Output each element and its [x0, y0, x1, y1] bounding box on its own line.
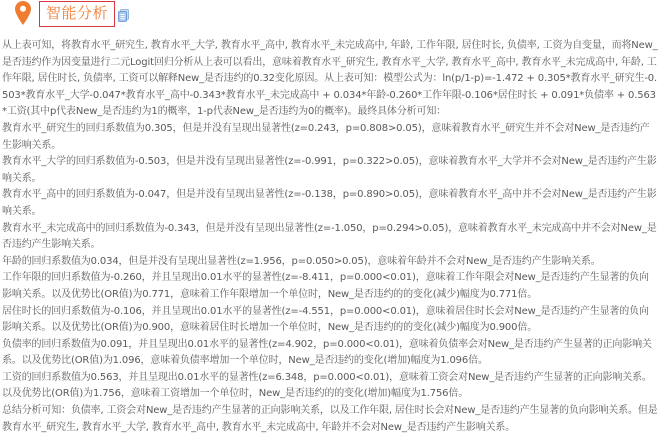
coefficient-paragraph-work-years: 工作年限的回归系数值为-0.260，并且呈现出0.01水平的显著性(z=-8.4…	[2, 270, 658, 303]
model-summary-paragraph: 从上表可知，将教育水平_研究生, 教育水平_大学, 教育水平_高中, 教育水平_…	[2, 38, 658, 121]
conclusion-paragraph: 总结分析可知：负债率, 工资会对New_是否违约产生显著的正向影响关系，以及工作…	[2, 403, 658, 417]
coefficient-paragraph-residence-duration: 居住时长的回归系数值为-0.106，并且呈现出0.01水平的显著性(z=-4.5…	[2, 304, 658, 337]
coefficient-paragraph-university: 教育水平_大学的回归系数值为-0.503，但是并没有呈现出显著性(z=-0.99…	[2, 154, 658, 187]
document-icon[interactable]	[118, 9, 129, 22]
coefficient-paragraph-age: 年龄的回归系数值为0.034，但是并没有呈现出显著性(z=1.956，p=0.0…	[2, 254, 658, 271]
coefficient-paragraph-salary: 工资的回归系数值为0.563，并且呈现出0.01水平的显著性(z=6.348，p…	[2, 370, 658, 403]
coefficient-paragraph-highschool: 教育水平_高中的回归系数值为-0.047，但是并没有呈现出显著性(z=-0.13…	[2, 187, 658, 220]
analysis-content: 从上表可知，将教育水平_研究生, 教育水平_大学, 教育水平_高中, 教育水平_…	[2, 38, 658, 417]
analysis-header: 智能分析	[0, 0, 660, 34]
page-title: 智能分析	[39, 1, 115, 27]
map-pin-icon	[15, 1, 31, 25]
coefficient-paragraph-graduate: 教育水平_研究生的回归系数值为0.305，但是并没有呈现出显著性(z=0.243…	[2, 121, 658, 154]
coefficient-paragraph-debt-ratio: 负债率的回归系数值为0.091，并且呈现出0.01水平的显著性(z=4.902，…	[2, 337, 658, 370]
coefficient-paragraph-incomplete-highschool: 教育水平_未完成高中的回归系数值为-0.343，但是并没有呈现出显著性(z=-1…	[2, 221, 658, 254]
